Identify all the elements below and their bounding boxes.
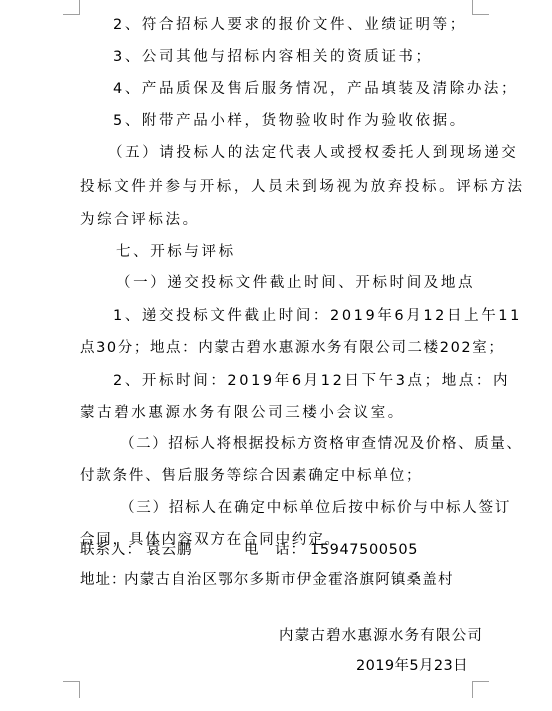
document-page: 2、符合招标人要求的报价文件、业绩证明等； 3、公司其他与招标内容相关的资质证书…	[0, 0, 552, 711]
address-label: 地址：	[80, 570, 127, 590]
section-heading: 七、开标与评标	[116, 242, 236, 262]
signature-company: 内蒙古碧水惠源水务有限公司	[279, 626, 483, 646]
subsection-heading: （一）递交投标文件截止时间、开标时间及地点	[116, 273, 475, 293]
contact-phone: 15947500505	[310, 540, 418, 560]
corner-mark-bottom-right	[472, 681, 489, 698]
paragraph-line: （五）请投标人的法定代表人或授权委托人到现场递交	[108, 143, 518, 163]
corner-mark-bottom-left	[63, 681, 80, 698]
contact-person-label: 联系人：	[80, 540, 142, 560]
address-value: 内蒙古自治区鄂尔多斯市伊金霍洛旗阿镇桑盖村	[124, 570, 454, 590]
paragraph-line: 投标文件并参与开标，人员未到场视为放弃投标。评标方法	[80, 177, 525, 197]
list-item: 4、产品质保及售后服务情况，产品填装及清除办法；	[113, 79, 518, 99]
paragraph-line: 付款条件、售后服务等综合因素确定中标单位；	[80, 466, 422, 486]
paragraph-line: 点30分；地点：内蒙古碧水惠源水务有限公司二楼202室；	[80, 338, 504, 358]
list-item: 5、附带产品小样，货物验收时作为验收依据。	[113, 111, 467, 131]
corner-mark-top-left	[63, 0, 80, 15]
paragraph-line: 为综合评标法。	[80, 210, 200, 230]
corner-mark-top-right	[472, 0, 489, 15]
paragraph-line: 1、递交投标文件截止时间：2019年6月12日上午11	[113, 306, 522, 326]
paragraph-line: 2、开标时间：2019年6月12日下午3点；地点：内	[113, 371, 510, 391]
contact-phone-label: 电 话：	[244, 540, 306, 560]
paragraph-line: （三）招标人在确定中标单位后按中标价与中标人签订	[120, 498, 511, 518]
paragraph-line: （二）招标人将根据投标方资格审查情况及价格、质量、	[120, 434, 523, 454]
list-item: 2、符合招标人要求的报价文件、业绩证明等；	[113, 15, 467, 35]
contact-person-name: 袁云鹏	[146, 540, 193, 560]
list-item: 3、公司其他与招标内容相关的资质证书；	[113, 47, 433, 67]
paragraph-line: 蒙古碧水惠源水务有限公司三楼小会议室。	[80, 403, 405, 423]
signature-date: 2019年5月23日	[356, 656, 468, 676]
